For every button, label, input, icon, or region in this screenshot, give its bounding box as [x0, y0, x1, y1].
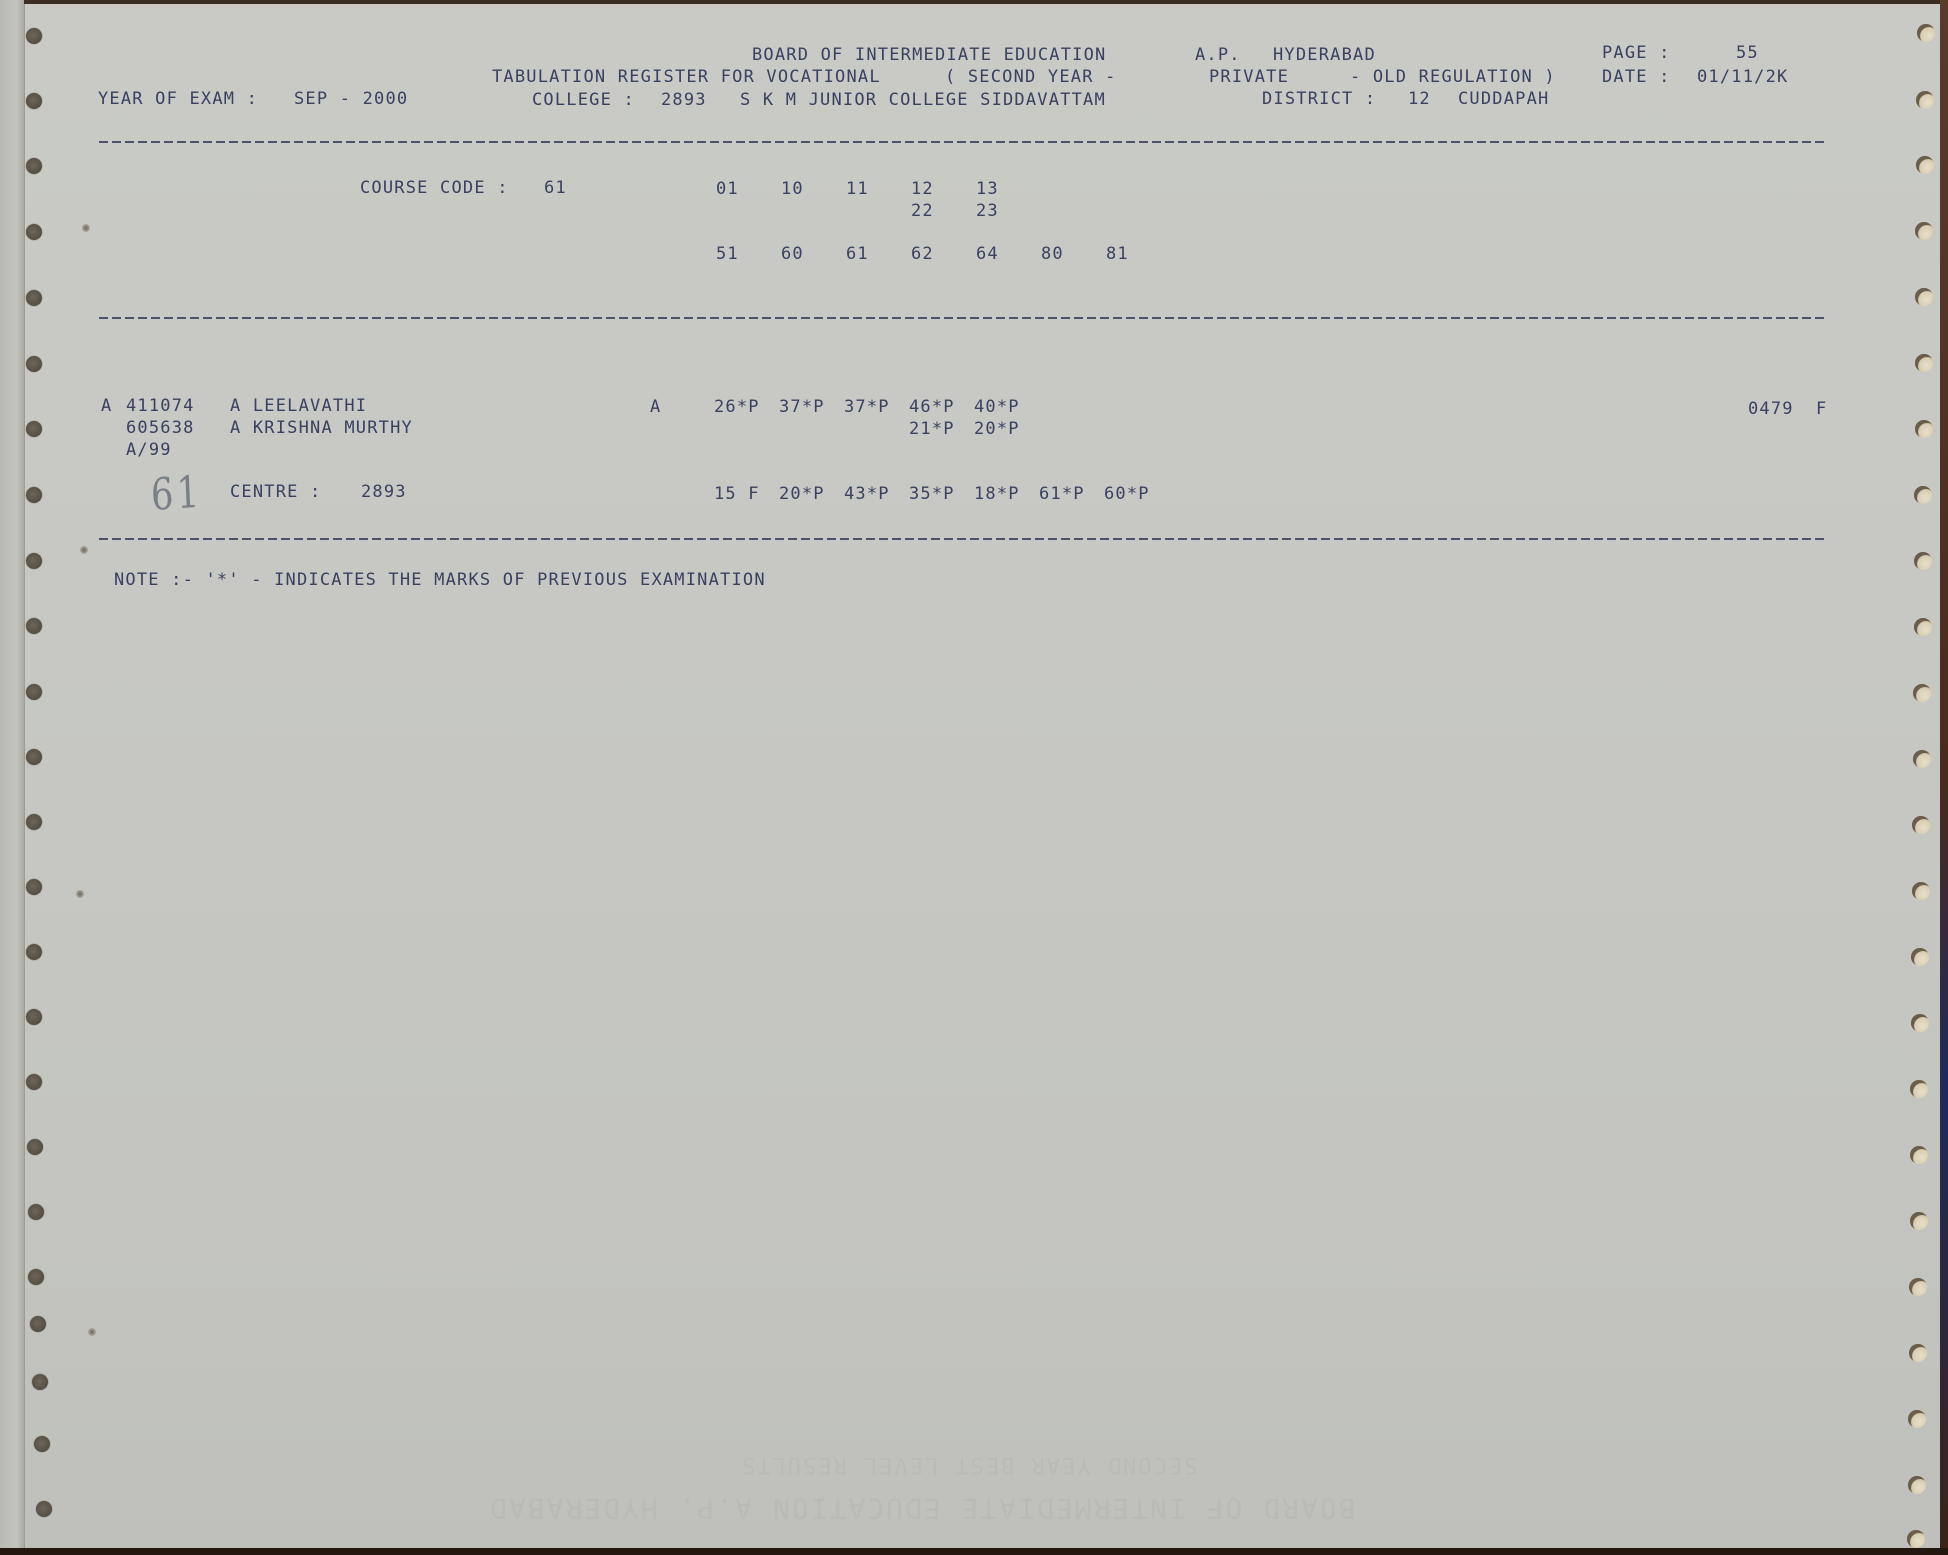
subject-code: 81 [1106, 244, 1129, 264]
binder-hole-icon [27, 1139, 43, 1155]
subject-code: 10 [781, 179, 804, 199]
binder-hole-icon [26, 93, 42, 109]
feed-hole-icon [1915, 354, 1933, 372]
mark-cell: 35*P [909, 484, 955, 504]
handwritten-annotation: 61 [150, 467, 203, 521]
subject-code: 23 [976, 201, 999, 221]
date-label: DATE : [1602, 67, 1671, 87]
binder-hole-icon [26, 158, 42, 174]
year-of-exam-value: SEP - 2000 [294, 89, 408, 109]
year-of-exam-label: YEAR OF EXAM : [98, 89, 258, 109]
feed-hole-icon [1908, 1476, 1926, 1494]
paper-top-edge [24, 0, 1940, 4]
feed-hole-icon [1910, 1146, 1928, 1164]
subject-code: 61 [846, 244, 869, 264]
mark-cell: 37*P [779, 397, 825, 417]
mark-cell: 18*P [974, 484, 1020, 504]
feed-hole-icon [1913, 684, 1931, 702]
binder-hole-icon [26, 814, 42, 830]
feed-hole-icon [1911, 1014, 1929, 1032]
binder-hole-icon [32, 1374, 48, 1390]
candidate-type: PRIVATE [1209, 67, 1289, 87]
feed-hole-icon [1913, 750, 1931, 768]
tabulation-sheet: BOARD OF INTERMEDIATE EDUCATION A.P. HYD… [0, 0, 1940, 1548]
binder-fold [0, 0, 25, 1548]
subject-code: 13 [976, 179, 999, 199]
background-edge [1940, 0, 1948, 1555]
mark-cell: 20*P [779, 484, 825, 504]
mark-cell: 26*P [714, 397, 760, 417]
feed-hole-icon [1916, 91, 1934, 109]
mark-cell: 61*P [1039, 484, 1085, 504]
feed-hole-icon [1915, 222, 1933, 240]
page-label: PAGE : [1602, 43, 1671, 63]
register-title: TABULATION REGISTER FOR VOCATIONAL [492, 67, 881, 87]
feed-hole-icon [1910, 1080, 1928, 1098]
mark-cell: 15 F [714, 484, 760, 504]
reverse-side-text: BOARD OF INTERMEDIATE EDUCATION A.P. HYD… [488, 1492, 1355, 1525]
mark-cell: 46*P [909, 397, 955, 417]
mark-cell: 21*P [909, 419, 955, 439]
feed-hole-icon [1917, 24, 1935, 42]
binder-hole-icon [26, 28, 42, 44]
feed-hole-icon [1914, 618, 1932, 636]
subject-code: 01 [716, 179, 739, 199]
staple-mark [82, 224, 90, 232]
subject-code: 51 [716, 244, 739, 264]
student-name: A LEELAVATHI [230, 396, 367, 416]
hall-ticket-number: 411074 [126, 396, 195, 416]
background-edge [0, 1548, 1948, 1555]
binder-hole-icon [36, 1501, 52, 1517]
subject-code: 60 [781, 244, 804, 264]
date-value: 01/11/2K [1697, 67, 1788, 87]
feed-hole-icon [1912, 816, 1930, 834]
record-prefix: A [101, 396, 112, 416]
feed-hole-icon [1909, 1344, 1927, 1362]
centre-code: 2893 [361, 482, 407, 502]
divider [99, 538, 1826, 540]
district-code: 12 [1408, 89, 1431, 109]
mark-cell: 60*P [1104, 484, 1150, 504]
previous-reference: A/99 [126, 440, 172, 460]
binder-hole-icon [30, 1316, 46, 1332]
footnote: NOTE :- '*' - INDICATES THE MARKS OF PRE… [114, 570, 766, 590]
feed-hole-icon [1914, 552, 1932, 570]
feed-hole-icon [1911, 948, 1929, 966]
binder-hole-icon [34, 1436, 50, 1452]
binder-hole-icon [28, 1269, 44, 1285]
staple-mark [88, 1328, 96, 1336]
feed-hole-icon [1909, 1278, 1927, 1296]
divider [99, 141, 1826, 143]
binder-hole-icon [26, 290, 42, 306]
board-title: BOARD OF INTERMEDIATE EDUCATION [752, 45, 1106, 65]
feed-hole-icon [1910, 1212, 1928, 1230]
mark-cell: 20*P [974, 419, 1020, 439]
mark-cell: 37*P [844, 397, 890, 417]
feed-hole-icon [1916, 156, 1934, 174]
total-marks: 0479 [1748, 399, 1794, 419]
binder-hole-icon [26, 1009, 42, 1025]
divider [99, 317, 1826, 319]
binder-hole-icon [26, 421, 42, 437]
subject-code: 62 [911, 244, 934, 264]
result-status: F [1816, 399, 1827, 419]
feed-hole-icon [1915, 420, 1933, 438]
binder-hole-icon [26, 553, 42, 569]
district-label: DISTRICT : [1262, 89, 1376, 109]
city-label: HYDERABAD [1273, 45, 1376, 65]
feed-hole-icon [1912, 882, 1930, 900]
binder-hole-icon [26, 879, 42, 895]
feed-hole-icon [1907, 1530, 1925, 1548]
binder-hole-icon [26, 749, 42, 765]
binder-hole-icon [26, 356, 42, 372]
mark-cell: 40*P [974, 397, 1020, 417]
subject-code: 22 [911, 201, 934, 221]
binder-hole-icon [26, 684, 42, 700]
year-paren: ( SECOND YEAR - [945, 67, 1117, 87]
binder-hole-icon [26, 1074, 42, 1090]
centre-label: CENTRE : [230, 482, 321, 502]
college-name: S K M JUNIOR COLLEGE SIDDAVATTAM [740, 90, 1106, 110]
binder-hole-icon [26, 618, 42, 634]
mark-cell: 43*P [844, 484, 890, 504]
course-code-label: COURSE CODE : [360, 178, 509, 198]
subject-code: 80 [1041, 244, 1064, 264]
reverse-side-text: SECOND YEAR BEST LEVEL RESULTS [740, 1452, 1197, 1477]
subject-code: 64 [976, 244, 999, 264]
course-code-value: 61 [544, 178, 567, 198]
binder-hole-icon [28, 1204, 44, 1220]
college-label: COLLEGE : [532, 90, 635, 110]
subject-code: 11 [846, 179, 869, 199]
binder-hole-icon [26, 944, 42, 960]
page-number: 55 [1736, 43, 1759, 63]
binder-hole-icon [26, 224, 42, 240]
state-label: A.P. [1195, 45, 1241, 65]
guardian-name: A KRISHNA MURTHY [230, 418, 413, 438]
binder-hole-icon [26, 487, 42, 503]
college-code: 2893 [661, 90, 707, 110]
medium-code: A [650, 397, 661, 417]
district-name: CUDDAPAH [1458, 89, 1549, 109]
feed-hole-icon [1915, 288, 1933, 306]
staple-mark [76, 890, 84, 898]
secondary-number: 605638 [126, 418, 195, 438]
regulation-label: - OLD REGULATION ) [1350, 67, 1556, 87]
feed-hole-icon [1908, 1410, 1926, 1428]
staple-mark [80, 546, 88, 554]
feed-hole-icon [1914, 486, 1932, 504]
subject-code: 12 [911, 179, 934, 199]
